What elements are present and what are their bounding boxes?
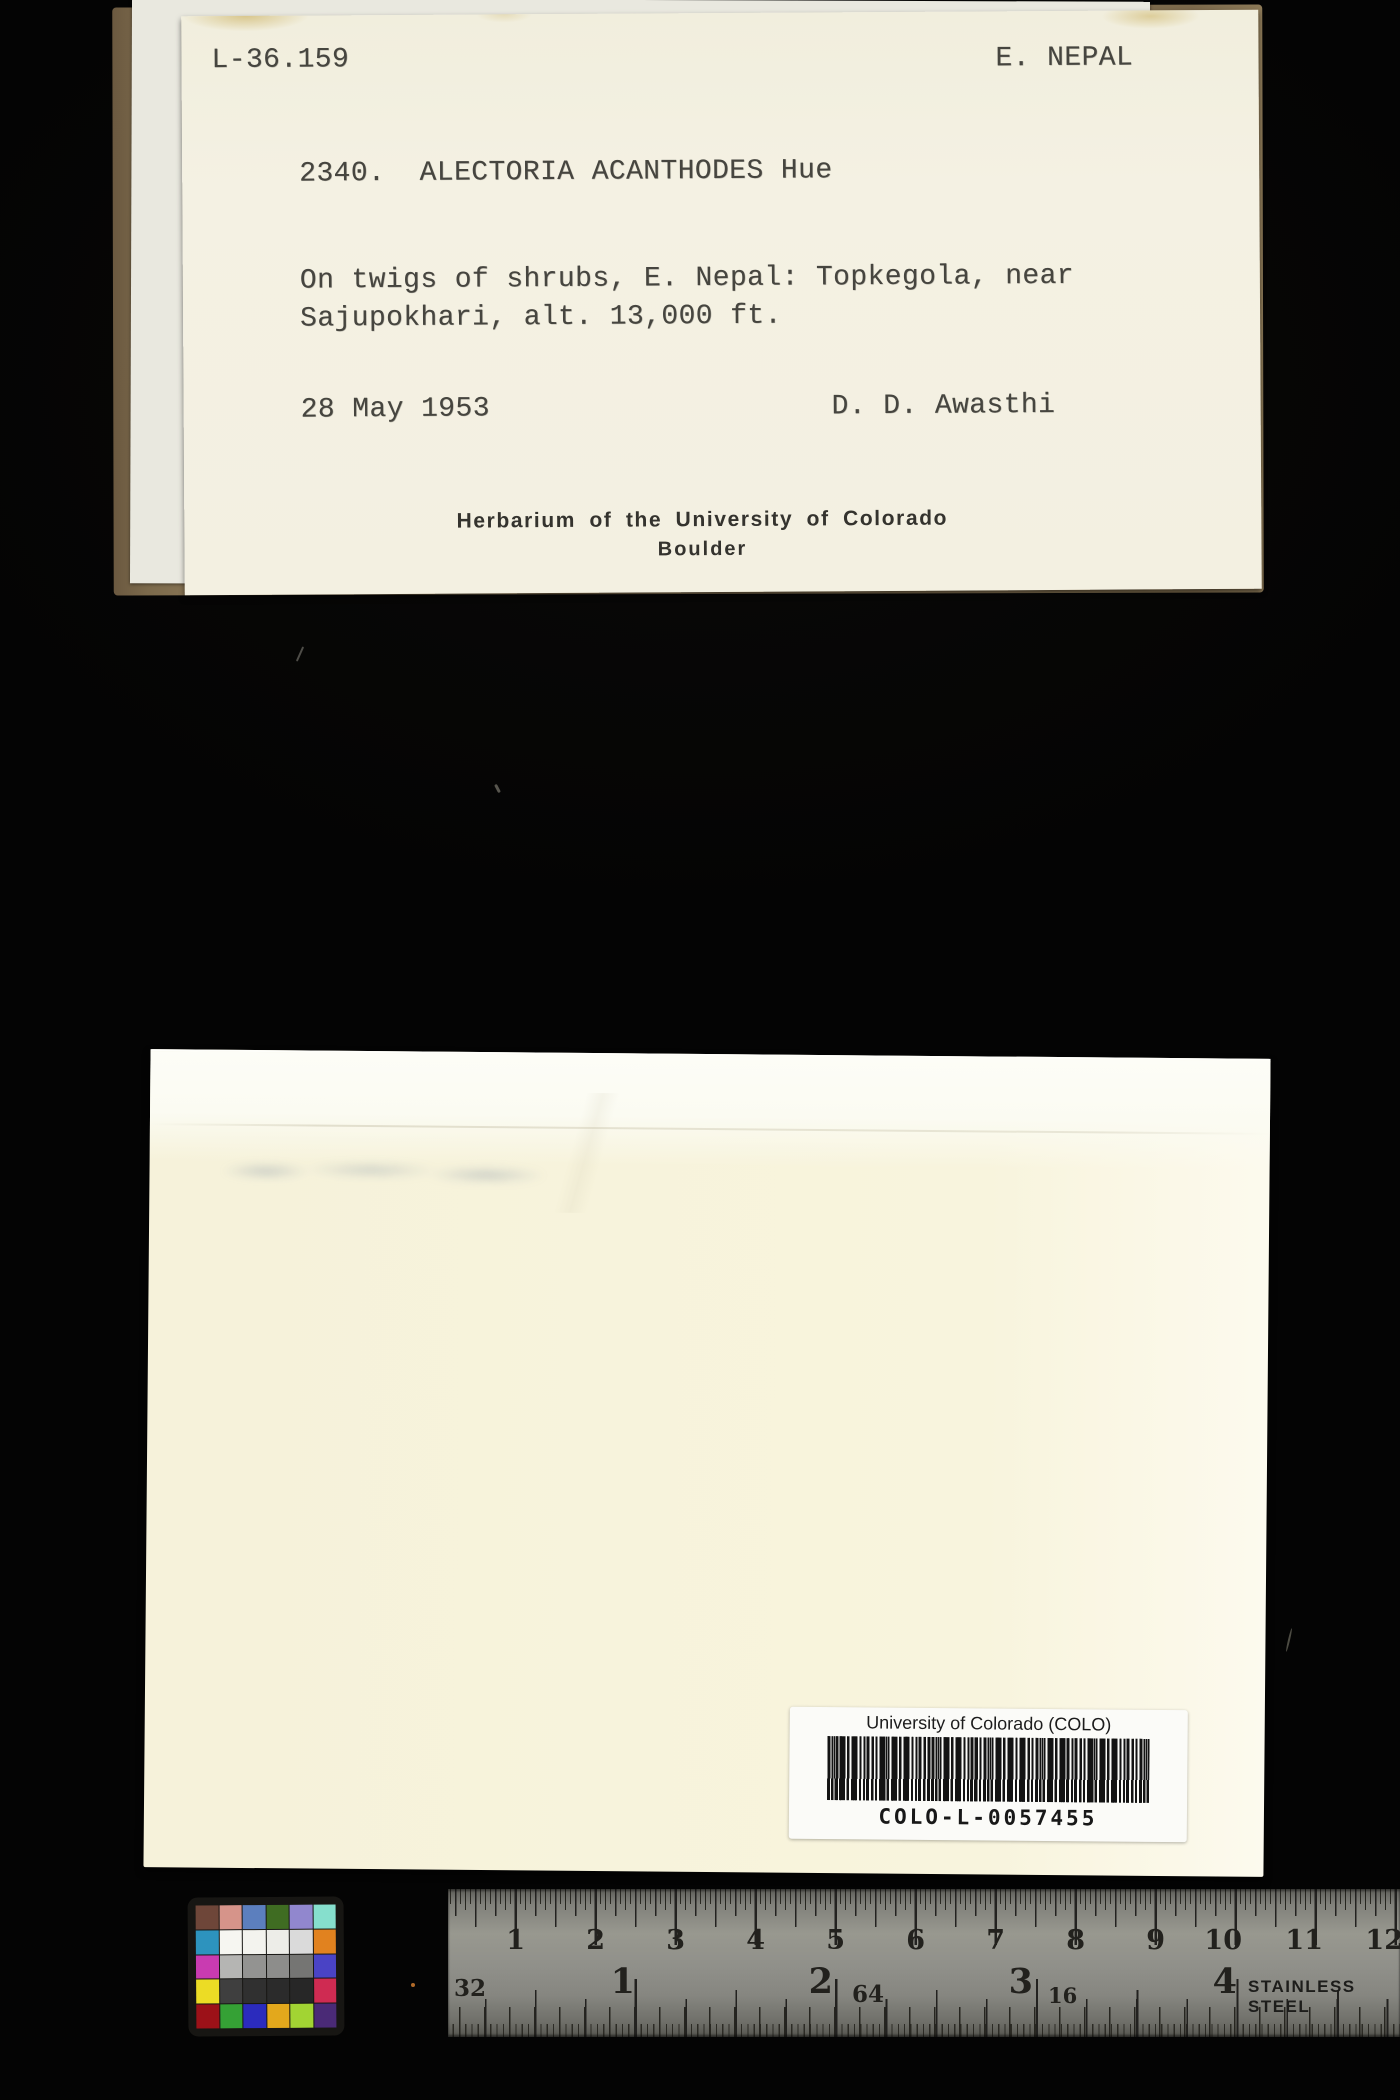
ruler-top-number: 10 <box>1198 1925 1242 1956</box>
ruler-brand-text: STAINLESS STEEL <box>1248 1977 1400 2017</box>
color-swatch <box>290 1905 313 1929</box>
dust-speck <box>411 1983 415 1987</box>
color-swatch <box>290 1979 313 2003</box>
ruler-top-number: 1 <box>481 1925 525 1956</box>
dust-fiber <box>296 646 304 661</box>
collection-date: 28 May 1953 <box>301 390 490 429</box>
dust-fiber <box>1285 1628 1293 1652</box>
color-swatch <box>313 1929 336 1953</box>
region-text: E. NEPAL <box>995 39 1133 78</box>
color-swatch <box>314 1979 337 2003</box>
barcode-institution-text: University of Colorado (COLO) <box>790 1712 1188 1736</box>
color-swatch <box>196 1930 219 1954</box>
color-swatch <box>266 1905 289 1929</box>
color-swatch <box>267 2004 290 2028</box>
color-swatch <box>266 1954 289 1978</box>
color-swatch <box>290 1954 313 1978</box>
locality-line-2: Sajupokhari, alt. 13,000 ft. <box>300 298 782 339</box>
color-swatch-grid <box>196 1905 337 2029</box>
color-swatch <box>266 1930 289 1954</box>
specimen-packet: University of Colorado (COLO) COLO-L-005… <box>143 1049 1270 1877</box>
accession-number: L-36.159 <box>211 41 349 80</box>
photo-root: { "label": { "accession_number": "L-36.1… <box>0 0 1400 2100</box>
steel-ruler: 1 2 3 4 5 6 7 8 9 10 11 12 1 2 3 4 32 64… <box>448 1889 1400 2037</box>
color-swatch <box>219 1905 242 1929</box>
collector-name: D. D. Awasthi <box>832 387 1056 426</box>
color-swatch <box>243 1930 266 1954</box>
color-swatch <box>219 1930 242 1954</box>
color-swatch <box>196 1955 219 1979</box>
herbarium-city: Boulder <box>322 536 1082 564</box>
ruler-top-number: 3 <box>641 1925 685 1956</box>
ruler-top-number: 12 <box>1359 1925 1400 1956</box>
dust-speck <box>494 784 501 793</box>
ruler-top-number: 9 <box>1121 1925 1165 1956</box>
color-swatch <box>267 1979 290 2003</box>
color-swatch <box>243 2004 266 2028</box>
color-swatch <box>196 1980 219 2004</box>
color-swatch <box>290 2004 313 2028</box>
ruler-top-number: 5 <box>801 1925 845 1956</box>
color-swatch <box>314 2004 337 2028</box>
barcode-number: COLO-L-0057455 <box>789 1804 1187 1831</box>
ruler-fraction-label: 32 <box>454 1975 486 2002</box>
color-swatch <box>196 2005 219 2029</box>
ruler-top-number: 2 <box>561 1925 605 1956</box>
color-swatch <box>220 1980 243 2004</box>
color-swatch <box>290 1929 313 1953</box>
color-swatch <box>313 1905 336 1929</box>
ruler-bottom-number: 4 <box>1189 1961 1237 2002</box>
ruler-fraction-label: 64 <box>852 1981 884 2008</box>
herbarium-name: Herbarium of the University of Colorado <box>322 506 1082 535</box>
species-line: 2340. ALECTORIA ACANTHODES Hue <box>299 152 833 193</box>
color-swatch <box>220 2004 243 2028</box>
color-swatch <box>196 1905 219 1929</box>
color-swatch <box>243 1955 266 1979</box>
color-swatch <box>313 1954 336 1978</box>
ruler-top-number: 6 <box>881 1925 925 1956</box>
ruler-bottom-number: 2 <box>785 1961 833 2002</box>
ruler-bottom-number: 3 <box>985 1961 1033 2002</box>
ruler-bottom-number: 1 <box>587 1961 635 2002</box>
ruler-top-number: 4 <box>721 1925 765 1956</box>
ruler-top-number: 8 <box>1041 1925 1085 1956</box>
ink-bleedthrough-smudge <box>213 1152 563 1193</box>
ruler-fraction-label: 16 <box>1048 1983 1077 2008</box>
ruler-top-number: 11 <box>1279 1925 1323 1956</box>
specimen-label: L-36.159 E. NEPAL 2340. ALECTORIA ACANTH… <box>181 10 1262 596</box>
barcode-sticker: University of Colorado (COLO) COLO-L-005… <box>789 1707 1188 1842</box>
barcode-icon <box>827 1736 1150 1803</box>
color-swatch <box>243 1905 266 1929</box>
color-swatch <box>243 1979 266 2003</box>
locality-line-1: On twigs of shrubs, E. Nepal: Topkegola,… <box>300 258 1074 301</box>
color-swatch <box>219 1955 242 1979</box>
color-calibration-card <box>188 1896 345 2036</box>
ruler-top-number: 7 <box>961 1925 1005 1956</box>
